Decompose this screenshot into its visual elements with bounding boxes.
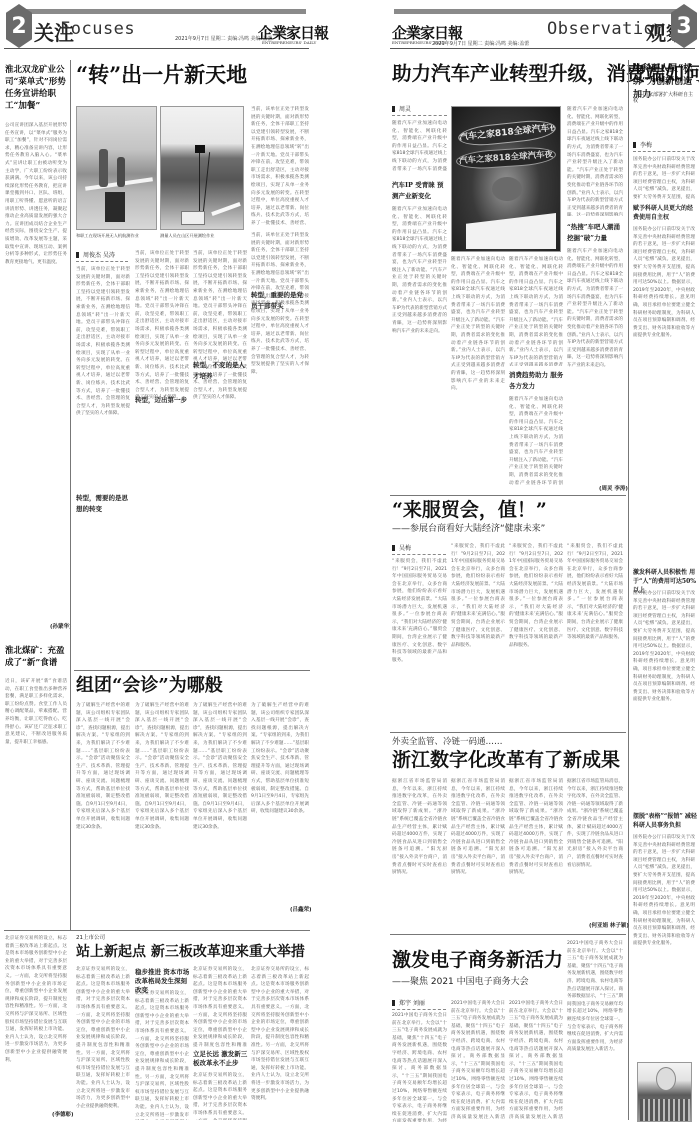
page-3-observation: 企業家日報 ENTREPRENEURS' DAILY 2021年9月7日 星期二… (354, 0, 699, 1126)
article2-subtitle: ——参展台商看好大陆经济“健康未来” (392, 524, 545, 535)
article3-body-col4: 北京证券交易所的设立，标志着新三板改革站上新起点。这是资本市场服务创新型中小企业… (251, 966, 309, 1120)
sidebar-body: 公司宣讲团深入基层开展形势任务宣讲，以“菜单式”服务为职工“加餐”，针对不同岗位… (5, 122, 67, 630)
article3-kicker: 21上市公司 (76, 935, 105, 942)
article-divider (390, 934, 626, 935)
sidebar-headline: 淮北双龙矿业公司“菜单式”形势任务宣讲给职工“加餐” (5, 64, 67, 112)
main-subhead-2: 转型，迈出第一步 (135, 395, 191, 406)
article2-body-col1: 为了破解生产经营中的难题，该公司组织专家团队深入基层一线开展“会诊”，查找问题根… (76, 702, 130, 912)
sidebar-subhead-1: 赋予科研人员更大的经费使用自主权 (633, 204, 697, 222)
main-body-col2: 随着汽车产业加速向电动化、智能化、网联化转型，消费端在产业升级中的作用日益凸显。… (451, 256, 505, 486)
sidebar-body-2: 国务院办公厅日前印发关于改革完善中央财政科研经费管理的若干意见，进一步扩大科研项… (633, 226, 695, 566)
article2-body-col1: “来服贸会，我们不虚此行！”9月2日至7日，2021年中国国际服务贸易交易会在北… (392, 558, 447, 728)
sidebar-body-4: 国务院办公厅日前印发关于改革完善中央财政科研经费管理的若干意见，进一步扩大科研项… (633, 834, 695, 1060)
sidebar-subhead-6: 摆脱“表格”“报销” 减轻科研人员事务负担 (633, 812, 697, 830)
article-divider (390, 495, 626, 496)
article3-body-col2: 北京证券交易所的设立，标志着新三板改革站上新起点。这是资本市场服务创新型中小企业… (135, 990, 189, 1120)
article2-credit: (吕鑫荣) (290, 905, 312, 913)
article3-credit: (何亚娟 林子颖) (589, 921, 629, 929)
article3-body-col0: 北京证券交易所的设立，标志着新三板改革站上新起点。这是资本市场服务创新型中小企业… (5, 935, 67, 1110)
article4-body-col3: 2021中国电子商务大会日前在北京举行。大会以“十三五”电子商务发展成就为基础，… (509, 1000, 563, 1122)
header-bar (16, 9, 306, 14)
main-body-col1b: 随着汽车产业加速向电动化、智能化、网联化转型，消费端在产业升级中的作用日益凸显。… (392, 206, 447, 486)
article2-body-col4: 为了破解生产经营中的难题，该公司组织专家团队深入基层一线开展“会诊”，查找问题根… (251, 702, 309, 902)
sidebar-byline: 李梅 (633, 140, 695, 152)
article-divider (74, 670, 310, 671)
header-bar (394, 9, 679, 14)
article2-headline: 组团“会诊”为哪般 (76, 676, 223, 697)
page-2-focuses: 2 关注 Focuses 2021年9月7日 星期二 责编:冯鸣 美编:盖蕾 企… (0, 0, 345, 1126)
photo1-caption: 和职工在现场开展无人机航测作业 (76, 233, 139, 239)
page-number-badge: 3 (671, 4, 697, 48)
page-header: 企業家日報 ENTREPRENEURS' DAILY 2021年9月7日 星期二… (354, 0, 699, 52)
article3-subhead2: 立足长远 激发新三板改革永不止步 (193, 1050, 249, 1068)
article3-body-col1: 据浙江省市场监管局消息，今年以来，浙江持续推进数字化改革，在外卖全监管、冷链一码… (392, 778, 447, 928)
article3-headline: 站上新起点 新三板改革迎来重大举措 (76, 944, 305, 960)
article2-body-col4: “来服贸会，我们不虚此行！”9月2日至7日，2021年中国国际服务贸易交易会在北… (567, 543, 623, 728)
sidebar-body-1: 国务院办公厅日前印发关于改革完善中央财政科研经费管理的若干意见，进一步扩大科研项… (633, 156, 695, 200)
main-subhead-1: 转型，重要的是党员干部带头 (251, 290, 309, 312)
article2-body-col3: “来服贸会，我们不虚此行！”9月2日至7日，2021年中国国际服务贸易交易会在北… (509, 543, 563, 728)
header-rule (4, 48, 309, 49)
article2-body-col2: “来服贸会，我们不虚此行！”9月2日至7日，2021年中国国际服务贸易交易会在北… (451, 543, 505, 728)
main-body-col4b: 随着汽车产业加速向电动化、智能化、网联化转型，消费端在产业升级中的作用日益凸显。… (567, 248, 623, 486)
section-title-en: Focuses (60, 19, 135, 39)
column-divider (628, 60, 629, 1120)
photo-survey-instrument (160, 106, 244, 230)
sidebar-subtitle: ——国家部署扩大科研自主权 (633, 92, 697, 104)
page-header: 2 关注 Focuses 2021年9月7日 星期二 责编:冯鸣 美编:盖蕾 企… (0, 0, 345, 52)
article-divider (4, 930, 310, 931)
article3-body-col3: 北京证券交易所的设立，标志着新三板改革站上新起点。这是资本市场服务创新型中小企业… (193, 966, 247, 1048)
photo-portrait (637, 1062, 692, 1122)
main-credit: (周灵 李涛) (599, 484, 628, 492)
article4-body-col4: 2021中国电子商务大会日前在北京举行。大会以“十三五”电子商务发展成就为基础，… (567, 940, 623, 1122)
article2-byline: 吴梅 (392, 543, 446, 555)
article4-body-col2: 2021中国电子商务大会日前在北京举行。大会以“十三五”电子商务发展成就为基础，… (451, 1000, 505, 1122)
photo2-caption: 测量人员在山区开展测绘作业 (160, 233, 214, 239)
main-subhead-3: 消费趋势助力 服务各方发力 (509, 370, 565, 392)
page-number-badge: 2 (6, 4, 32, 48)
article4-byline: 郑宇 刘丽 (392, 998, 446, 1010)
main-body-col2: 当前，该单位正处于转型发展的关键时期，面对新形势新任务，全体干部职工坚持以党建引… (135, 250, 189, 666)
header-rule (390, 48, 695, 49)
article3-body-col3b: 北京证券交易所的设立，标志着新三板改革站上新起点。这是资本市场服务创新型中小企业… (193, 1072, 247, 1120)
article3-body-col3: 据浙江省市场监管局消息，今年以来，浙江持续推进数字化改革，在外卖全监管、冷链一码… (509, 778, 563, 928)
sidebar2-headline: 淮北煤矿：充盈成了“新”食谱 (5, 645, 67, 669)
banner-text-2: 汽车之家818全球汽车夜 (455, 146, 556, 171)
main-body-intro: 当前，该单位正处于转型发展的关键时期，面对新形势新任务，全体干部职工坚持以党建引… (251, 106, 309, 226)
article2-body-col3: 为了破解生产经营中的难题，该公司组织专家团队深入基层一线开展“会诊”，查找问题根… (193, 702, 247, 912)
banner-text: 汽车之家818全球汽车夜 (457, 118, 557, 148)
article3-body-col1: 北京证券交易所的设立，标志着新三板改革站上新起点。这是资本市场服务创新型中小企业… (76, 966, 130, 1120)
article4-body-col1: 2021中国电子商务大会日前在北京举行。大会以“十三五”电子商务发展成就为基础，… (392, 1012, 447, 1122)
main-headline: “转”出一片新天地 (76, 63, 247, 87)
article2-body-col2: 为了破解生产经营中的难题，该公司组织专家团队深入基层一线开展“会诊”，查找问题根… (135, 702, 189, 912)
photo-drone-workers (76, 106, 157, 230)
article4-subtitle: ——聚焦 2021 中国电子商务大会 (392, 977, 529, 988)
main-body-col3b: 随着汽车产业加速向电动化、智能化、网联化转型，消费端在产业升级中的作用日益凸显。… (509, 396, 563, 486)
main-body-col3: 当前，该单位正处于转型发展的关键时期，面对新形势新任务，全体干部职工坚持以党建引… (193, 250, 247, 666)
main-subhead-4: 转型，不变的是人才培养 (193, 360, 249, 382)
sidebar2-body: 近日，该矿开展“新”食谱活动，在职工食堂推出多种营养套餐，满足职工多样化需求，职… (5, 678, 67, 928)
main-subhead-3: 转型，需要的是思想的转变 (76, 493, 132, 515)
sidebar-credit: (孙蒙华) (50, 622, 72, 630)
main-body-col4a: 随着汽车产业加速向电动化、智能化、网联化转型，消费端在产业升级中的作用日益凸显。… (567, 106, 623, 216)
newspaper-logo-subtitle: ENTREPRENEURS' DAILY (262, 40, 316, 45)
article3-kicker: 外卖全监管、冷链一码通…… (392, 737, 503, 747)
article3-body-col4: 据浙江省市场监管局消息，今年以来，浙江持续推进数字化改革，在外卖全监管、冷链一码… (567, 778, 623, 918)
article3-headline: 浙江数字化改革有了新成果 (392, 750, 620, 772)
column-divider (70, 60, 71, 930)
article4-headline: 激发电子商务新活力 (392, 950, 563, 972)
date-line: 2021年9月7日 星期二 责编:冯鸣 美编:盖蕾 (432, 40, 529, 47)
article3-credit: (李德彰) (52, 1110, 74, 1118)
main-body-col3a: 随着汽车产业加速向电动化、智能化、网联化转型，消费端在产业升级中的作用日益凸显。… (509, 256, 563, 366)
main-byline: 周灵 (392, 104, 447, 116)
main-subhead-1: 汽车IP 受青睐 预测产业新变化 (392, 180, 448, 202)
article2-headline: “来服贸会，值！” (392, 500, 547, 522)
main-body-col1: 当前，该单位正处于转型发展的关键时期，面对新形势新任务，全体干部职工坚持以党建引… (76, 266, 130, 666)
main-body-col1a: 随着汽车产业加速向电动化、智能化、网联化转型，消费端在产业升级中的作用日益凸显。… (392, 120, 447, 172)
article3-body-col2: 据浙江省市场监管局消息，今年以来，浙江持续推进数字化改革，在外卖全监管、冷链一码… (451, 778, 505, 928)
main-subhead-2: “热搜”车吧人潮涌 挖掘“破”力量 (567, 222, 623, 244)
main-byline: 周俊杰 吴涛 (76, 250, 128, 262)
article-divider (390, 732, 626, 733)
photo-auto-gala: 汽车之家818全球汽车夜 汽车之家818全球汽车夜 (451, 106, 561, 252)
sidebar-body-3: 国务院办公厅日前印发关于改革完善中央财政科研经费管理的若干意见，进一步扩大科研项… (633, 590, 695, 810)
